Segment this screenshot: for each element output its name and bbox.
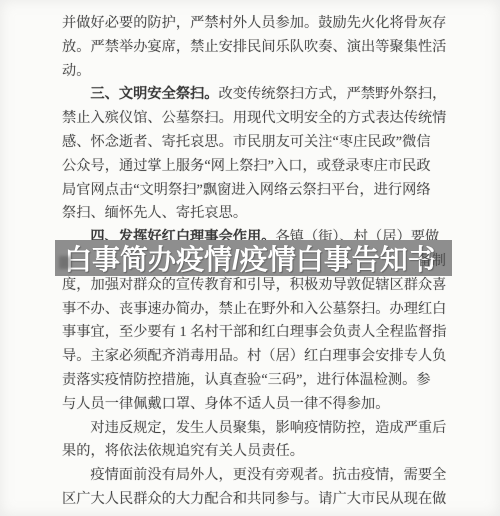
text-line: 区广大人民群众的大力配合和共同参与。请广大市民从现在做: [62, 488, 446, 512]
body-text: 公众号，通过掌上服务“网上祭扫”入口，或登录枣庄市民政: [62, 158, 431, 174]
body-text: 改变传统祭扫方式，严禁野外祭扫，: [219, 86, 447, 102]
obscured-text-line: 备制: [62, 250, 446, 274]
body-text: 放。严禁举办宴席，禁止安排民间乐队吹奏、演出等聚集性活: [62, 39, 446, 55]
body-text: 与人员一律佩戴口罩、身体不适人员一律不得参加。: [62, 396, 389, 412]
text-line: 事不办、丧事速办简办，禁止在野外和入公墓祭扫。办理红白: [62, 298, 446, 322]
document-text: 并做好必要的防护，严禁村外人员参加。鼓励先火化将骨灰存放。严禁举办宴席，禁止安排…: [62, 12, 446, 512]
body-text: 导。主家必须配齐消毒用品。村（居）红白理事会安排专人负: [62, 348, 446, 364]
text-line: 局官网点击“文明祭扫”飘窗进入网络云祭扫平台，进行网络: [62, 179, 446, 203]
body-text: 果的，将依法依规追究有关人员责任。: [62, 443, 304, 459]
body-text: 度，加强对群众的宣传教育和引导，积极劝导敦促辖区群众喜: [62, 277, 446, 293]
body-text: 感、怀念逝者、寄托哀思。市民朋友可关注“枣庄民政”微信: [62, 134, 431, 150]
text-line: 禁止入殡仪馆、公墓祭扫。用现代文明安全的方式表达传统情: [62, 107, 446, 131]
text-line: 事事宜，至少要有 1 名村干部和红白理事会负责人全程监督指: [62, 321, 446, 345]
body-text: 祭扫、缅怀先人、寄托哀思。: [62, 205, 247, 221]
text-line: 三、文明安全祭扫。改变传统祭扫方式，严禁野外祭扫，: [62, 83, 446, 107]
body-text: 事不办、丧事速办简办，禁止在野外和入公墓祭扫。办理红白: [62, 301, 446, 317]
text-line: 放。严禁举办宴席，禁止安排民间乐队吹奏、演出等聚集性活: [62, 36, 446, 60]
body-text: 禁止入殡仪馆、公墓祭扫。用现代文明安全的方式表达传统情: [62, 110, 446, 126]
text-line: 疫情面前没有局外人，更没有旁观者。抗击疫情，需要全: [62, 464, 446, 488]
body-text: 事事宜，至少要有 1 名村干部和红白理事会负责人全程监督指: [62, 324, 447, 340]
obscured-glyph: [59, 256, 71, 269]
text-line: 公众号，通过掌上服务“网上祭扫”入口，或登录枣庄市民政: [62, 155, 446, 179]
text-line: 果的，将依法依规追究有关人员责任。: [62, 440, 446, 464]
body-text: 责落实疫情防控措施，认真查验“三码”，进行体温检测。参: [62, 372, 431, 388]
text-line: 导。主家必须配齐消毒用品。村（居）红白理事会安排专人负: [62, 345, 446, 369]
obscured-line-visible-tail: 备制: [418, 250, 446, 274]
text-line: 并做好必要的防护，严禁村外人员参加。鼓励先火化将骨灰存: [62, 12, 446, 36]
scanned-notice-page: 并做好必要的防护，严禁村外人员参加。鼓励先火化将骨灰存放。严禁举办宴席，禁止安排…: [0, 0, 500, 516]
text-line: 祭扫、缅怀先人、寄托哀思。: [62, 202, 446, 226]
heading-text: 三、文明安全祭扫。: [90, 86, 218, 102]
text-line: 感、怀念逝者、寄托哀思。市民朋友可关注“枣庄民政”微信: [62, 131, 446, 155]
body-text: 对违反规定，发生人员聚集，影响疫情防控，造成严重后: [90, 420, 446, 436]
body-text: 并做好必要的防护，严禁村外人员参加。鼓励先火化将骨灰存: [62, 15, 446, 31]
text-line: 动。: [62, 60, 446, 84]
text-line: 责落实疫情防控措施，认真查验“三码”，进行体温检测。参: [62, 369, 446, 393]
text-line: 与人员一律佩戴口罩、身体不适人员一律不得参加。: [62, 393, 446, 417]
body-text: 局官网点击“文明祭扫”飘窗进入网络云祭扫平台，进行网络: [62, 182, 431, 198]
text-line: 对违反规定，发生人员聚集，影响疫情防控，造成严重后: [62, 417, 446, 441]
body-text: 动。: [62, 63, 90, 79]
body-text: 疫情面前没有局外人，更没有旁观者。抗击疫情，需要全: [90, 467, 446, 483]
body-text: 区广大人民群众的大力配合和共同参与。请广大市民从现在做: [62, 491, 446, 507]
